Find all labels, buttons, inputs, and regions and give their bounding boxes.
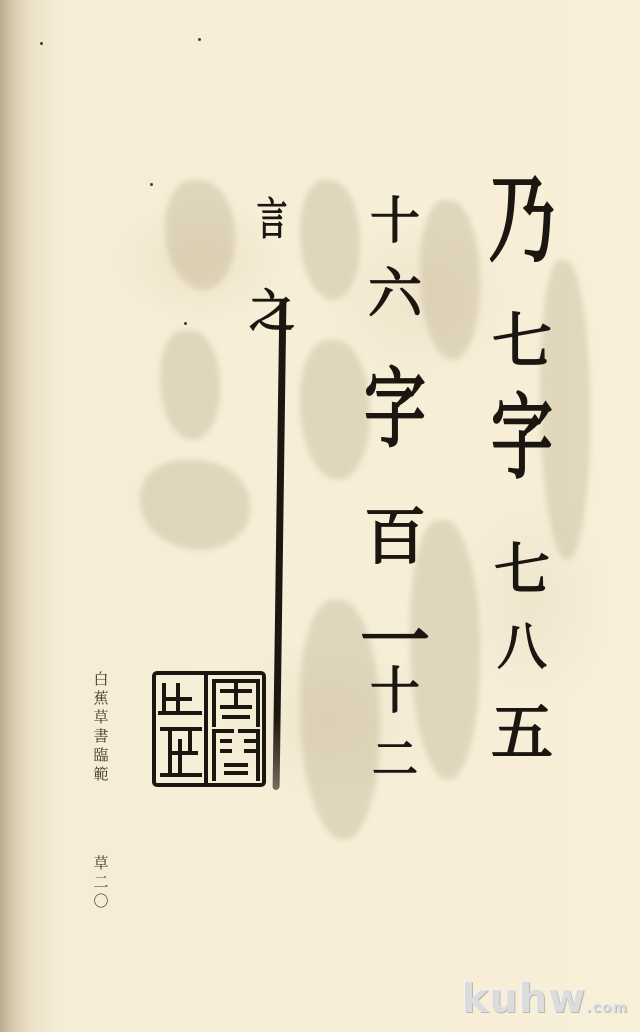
caption-char: 範: [93, 765, 108, 784]
calligraphy-glyph: 一: [360, 606, 430, 666]
caption-char: 蕉: [93, 689, 108, 708]
calligraphy-column-right: 乃 七 字 七 八 五: [482, 172, 562, 782]
caption-char: 臨: [93, 746, 108, 765]
calligraphy-glyph: 十: [370, 666, 420, 736]
book-caption: 白 蕉 草 書 臨 範 草 二 〇: [90, 670, 112, 911]
calligraphy-glyph: 六: [368, 266, 422, 366]
calligraphy-glyph: 乃: [488, 172, 555, 312]
calligraphy-glyph: 言: [257, 198, 288, 288]
bleed-through-stain: [165, 180, 235, 290]
caption-char: 白: [93, 670, 108, 689]
bleed-through-stain: [160, 330, 220, 440]
calligraphy-glyph: 七: [492, 312, 552, 392]
caption-char: 書: [93, 727, 108, 746]
calligraphy-glyph: 之: [249, 288, 295, 338]
page-label-char: 〇: [93, 892, 108, 911]
calligraphy-glyph: 八: [497, 622, 547, 702]
page-label-char: 二: [93, 873, 108, 892]
bleed-through-stain: [140, 460, 250, 550]
site-watermark: kuhw.com: [462, 976, 628, 1022]
scanned-book-page: 乃 七 字 七 八 五 十 六 字 百 一 十 二 言 之 白: [0, 0, 640, 1032]
calligraphy-glyph: 二: [372, 736, 418, 796]
calligraphy-glyph: 十: [370, 196, 420, 266]
trailing-brush-stroke: [273, 300, 287, 790]
ink-speck: [184, 322, 187, 325]
caption-char: 草: [93, 708, 108, 727]
calligraphy-glyph: 五: [491, 702, 553, 782]
ink-speck: [198, 38, 201, 41]
page-label-char: 草: [93, 854, 108, 873]
ink-speck: [150, 183, 153, 186]
calligraphy-glyph: 字: [491, 392, 553, 617]
ink-speck: [40, 42, 43, 45]
calligraphy-glyph: 字: [364, 366, 426, 562]
watermark-brand: kuhw: [462, 976, 587, 1022]
calligraphy-column-middle: 十 六 字 百 一 十 二: [350, 196, 440, 796]
seal-stamp: [150, 667, 268, 789]
watermark-suffix: .com: [586, 1000, 628, 1016]
calligraphy-column-left: 言 之: [244, 198, 300, 338]
